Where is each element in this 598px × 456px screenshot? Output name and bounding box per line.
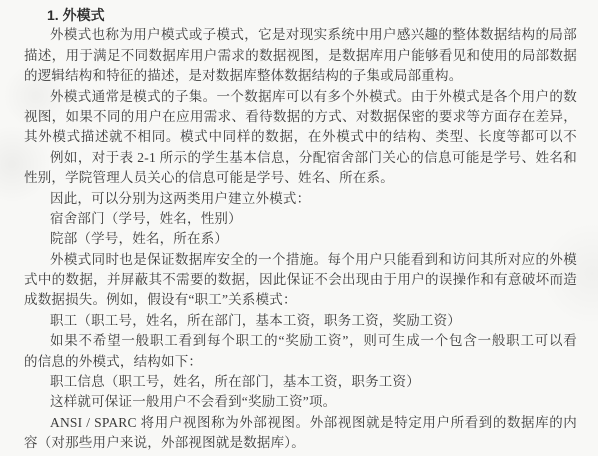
text-line: 的逻辑结构和特征的描述，是对数据库整体数据结构的子集或局部重构。 (24, 66, 577, 86)
text-line: 式中的数据，并屏蔽其不需要的数据，因此保证不会出现由于用户的误操作和有意破坏而造 (24, 270, 577, 290)
text-line: 视图，如果不同的用户在应用需求、看待数据的方式、对数据保密的要求等方面存在差异，… (24, 107, 577, 127)
text-line: 的信息的外模式，结构如下： (24, 352, 577, 372)
text-line: 成数据损失。例如，假设有“职工”关系模式： (24, 290, 577, 310)
text-line: 职工（职工号，姓名，所在部门，基本工资，职务工资，奖励工资） (24, 311, 577, 331)
document-body: 1. 外模式 外模式也称为用户模式或子模式，它是对现实系统中用户感兴趣的整体数据… (24, 5, 577, 454)
text-line: 其外模式描述就不相同。模式中同样的数据，在外模式中的结构、类型、长度等都可以不同… (24, 127, 577, 147)
text-line: 院部（学号，姓名，所在系） (24, 229, 577, 249)
text-line: 如果不希望一般职工看到每个职工的“奖励工资”，则可生成一个包含一般职工可以看 (24, 331, 577, 351)
text-line: 这样就可保证一般用户不会看到“奖励工资”项。 (24, 392, 577, 412)
text-line: 性别，学院管理人员关心的信息可能是学号、姓名、所在系。 (24, 168, 577, 188)
paragraph-lines: 外模式也称为用户模式或子模式，它是对现实系统中用户感兴趣的整体数据结构的局部描述… (24, 25, 577, 453)
text-line: 外模式也称为用户模式或子模式，它是对现实系统中用户感兴趣的整体数据结构的局部 (24, 25, 577, 45)
section-heading: 1. 外模式 (24, 5, 577, 25)
page: 1. 外模式 外模式也称为用户模式或子模式，它是对现实系统中用户感兴趣的整体数据… (0, 0, 598, 456)
text-line: ANSI / SPARC 将用户视图称为外部视图。外部视图就是特定用户所看到的数… (24, 413, 577, 433)
text-line: 容（对那些用户来说，外部视图就是数据库）。 (24, 433, 577, 453)
text-line: 描述，用于满足不同数据库用户需求的数据视图，是数据库用户能够看见和使用的局部数据 (24, 46, 577, 66)
text-line: 职工信息（职工号，姓名，所在部门，基本工资，职务工资） (24, 372, 577, 392)
text-line: 外模式通常是模式的子集。一个数据库可以有多个外模式。由于外模式是各个用户的数据 (24, 87, 577, 107)
text-line: 例如，对于表 2-1 所示的学生基本信息，分配宿舍部门关心的信息可能是学号、姓名… (24, 148, 577, 168)
text-line: 因此，可以分别为这两类用户建立外模式： (24, 189, 577, 209)
text-line: 宿舍部门（学号，姓名，性别） (24, 209, 577, 229)
text-line: 外模式同时也是保证数据库安全的一个措施。每个用户只能看到和访问其所对应的外模 (24, 250, 577, 270)
